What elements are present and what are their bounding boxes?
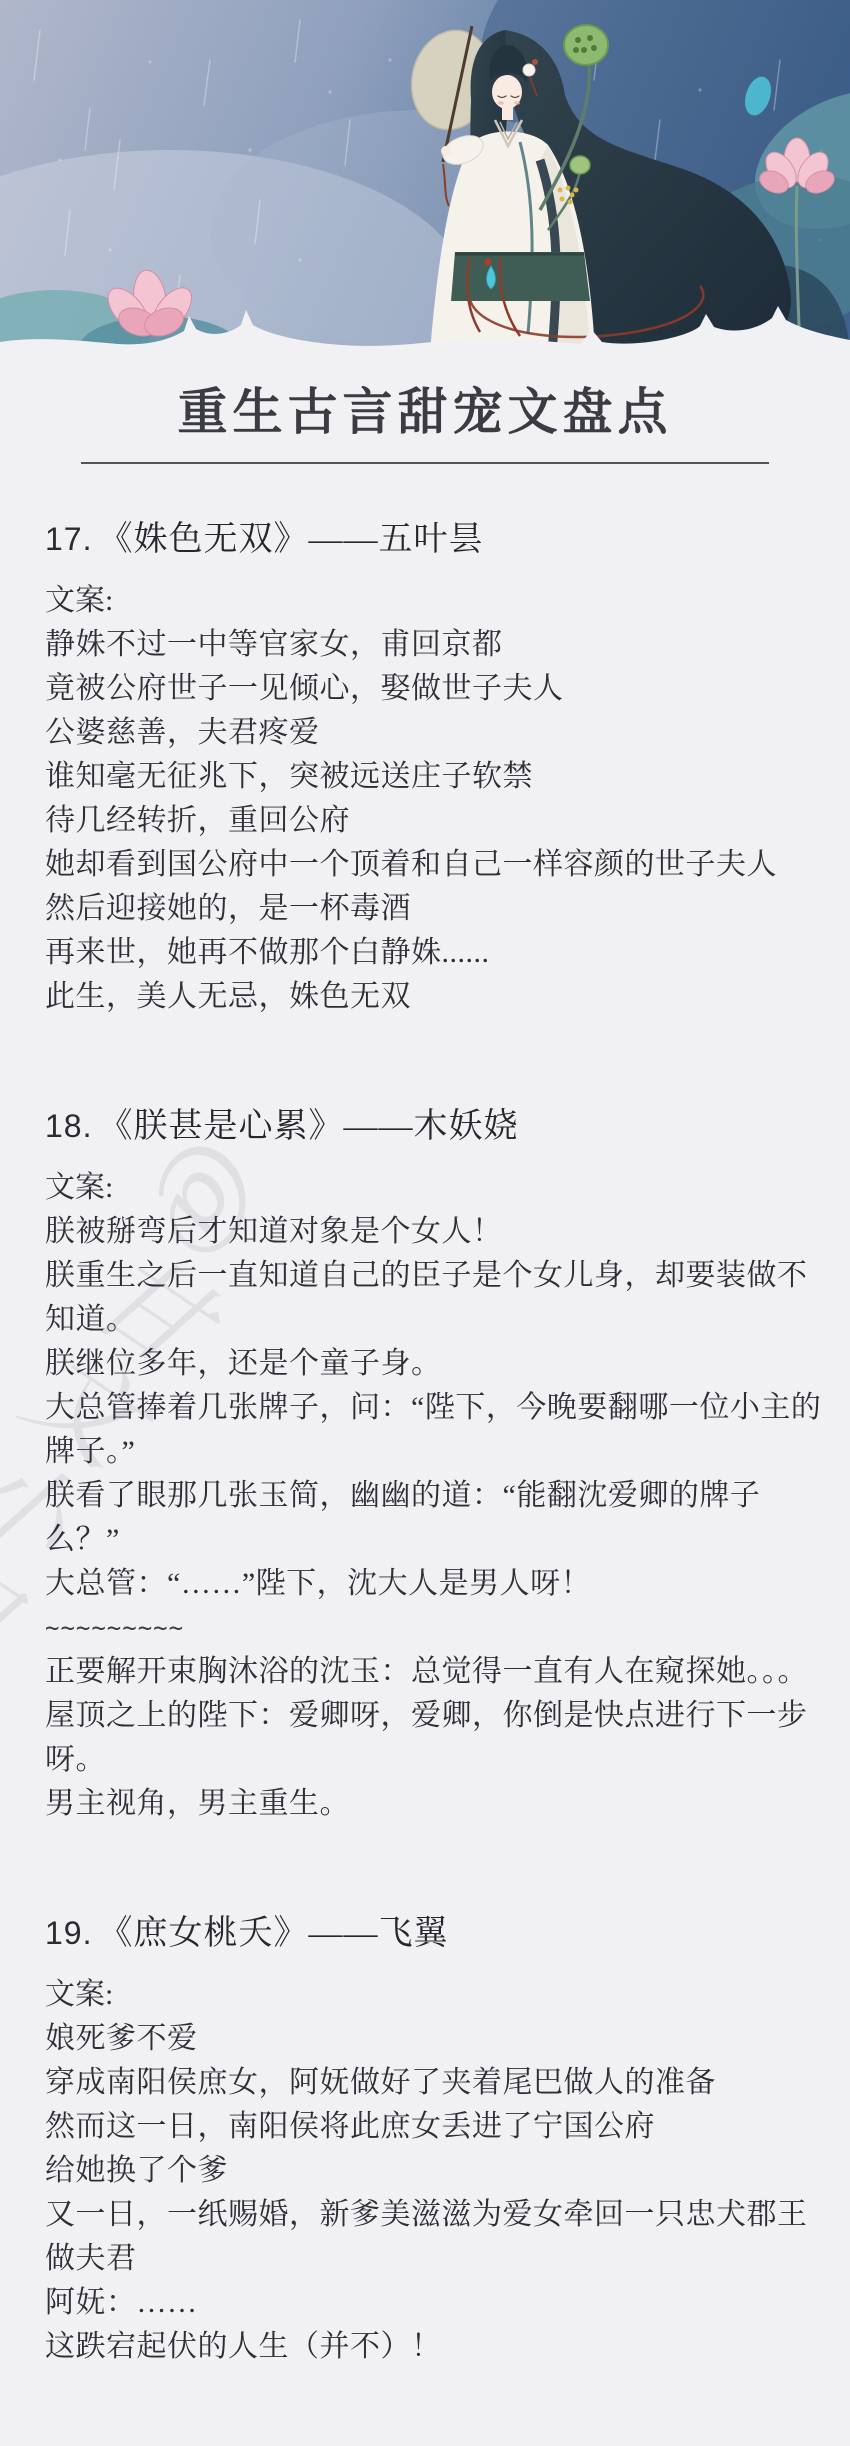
synopsis-line: 然而这一日，南阳侯将此庶女丢进了宁国公府 xyxy=(45,2105,826,2149)
hero-illustration xyxy=(0,0,850,352)
book-number: 19. xyxy=(45,1915,92,1951)
book-title-author: 《姝色无双》——五叶昙 xyxy=(98,521,483,558)
synopsis-line: 娘死爹不爱 xyxy=(45,2017,826,2061)
book-title-author: 《朕甚是心累》——木妖娆 xyxy=(98,1108,518,1145)
book-number: 17. xyxy=(45,521,92,557)
synopsis-line: 正要解开束胸沐浴的沈玉：总觉得一直有人在窥探她。。。 xyxy=(45,1650,826,1694)
book-section: 18.《朕甚是心累》——木妖娆 文案: 朕被掰弯后才知道对象是个女人！朕重生之后… xyxy=(45,1105,826,1826)
synopsis-line: 朕看了眼那几张玉简，幽幽的道：“能翻沈爱卿的牌子么？” xyxy=(45,1474,826,1562)
book-number: 18. xyxy=(45,1108,92,1144)
book-section: 17.《姝色无双》——五叶昙 文案: 静姝不过一中等官家女，甫回京都竟被公府世子… xyxy=(45,518,826,1019)
synopsis-label: 文案: xyxy=(45,579,826,623)
synopsis-line: 阿妩：…… xyxy=(45,2281,826,2325)
synopsis-line: 大总管捧着几张牌子，问：“陛下，今晚要翻哪一位小主的牌子。” xyxy=(45,1386,826,1474)
synopsis-label: 文案: xyxy=(45,1166,826,1210)
synopsis-body: 娘死爹不爱穿成南阳侯庶女，阿妩做好了夹着尾巴做人的准备然而这一日，南阳侯将此庶女… xyxy=(45,2017,826,2369)
synopsis-body: 朕被掰弯后才知道对象是个女人！朕重生之后一直知道自己的臣子是个女儿身，却要装做不… xyxy=(45,1210,826,1826)
synopsis-line: 然后迎接她的，是一杯毒酒 xyxy=(45,887,826,931)
book-heading: 17.《姝色无双》——五叶昙 xyxy=(45,518,826,561)
synopsis-line: 大总管：“……”陛下，沈大人是男人呀！ xyxy=(45,1562,826,1606)
synopsis-line: 朕重生之后一直知道自己的臣子是个女儿身，却要装做不知道。 xyxy=(45,1254,826,1342)
synopsis-line: 给她换了个爹 xyxy=(45,2149,826,2193)
page-title: 重生古言甜宠文盘点 xyxy=(0,384,850,440)
book-heading: 19.《庶女桃夭》——飞翼 xyxy=(45,1912,826,1955)
synopsis-line: 朕继位多年，还是个童子身。 xyxy=(45,1342,826,1386)
book-list: 17.《姝色无双》——五叶昙 文案: 静姝不过一中等官家女，甫回京都竟被公府世子… xyxy=(0,518,850,2369)
synopsis-body: 静姝不过一中等官家女，甫回京都竟被公府世子一见倾心，娶做世子夫人公婆慈善，夫君疼… xyxy=(45,623,826,1019)
squiggle-separator: ~~~~~~~~~ xyxy=(45,1606,826,1650)
synopsis-line: 静姝不过一中等官家女，甫回京都 xyxy=(45,623,826,667)
synopsis-line: 屋顶之上的陛下：爱卿呀，爱卿，你倒是快点进行下一步呀。 xyxy=(45,1694,826,1782)
synopsis-line: 竟被公府世子一见倾心，娶做世子夫人 xyxy=(45,667,826,711)
page-background: @甘文小姐姐 重生古言甜宠文盘点 17.《姝色无双》——五叶昙 文案: 静姝不过… xyxy=(0,0,850,2446)
book-heading: 18.《朕甚是心累》——木妖娆 xyxy=(45,1105,826,1148)
synopsis-line: 她却看到国公府中一个顶着和自己一样容颜的世子夫人 xyxy=(45,843,826,887)
synopsis-line: 此生，美人无忌，姝色无双 xyxy=(45,975,826,1019)
hand xyxy=(441,146,451,156)
synopsis-line: 男主视角，男主重生。 xyxy=(45,1782,826,1826)
synopsis-line: 这跌宕起伏的人生（并不）！ xyxy=(45,2325,826,2369)
synopsis-line: 穿成南阳侯庶女，阿妩做好了夹着尾巴做人的准备 xyxy=(45,2061,826,2105)
synopsis-label: 文案: xyxy=(45,1973,826,2017)
title-divider xyxy=(81,462,769,464)
synopsis-line: 公婆慈善，夫君疼爱 xyxy=(45,711,826,755)
book-title-author: 《庶女桃夭》——飞翼 xyxy=(98,1915,448,1952)
synopsis-line: 又一日，一纸赐婚，新爹美滋滋为爱女牵回一只忠犬郡王做夫君 xyxy=(45,2193,826,2281)
book-section: 19.《庶女桃夭》——飞翼 文案: 娘死爹不爱穿成南阳侯庶女，阿妩做好了夹着尾巴… xyxy=(45,1912,826,2369)
synopsis-line: 再来世，她再不做那个白静姝...... xyxy=(45,931,826,975)
synopsis-line: 朕被掰弯后才知道对象是个女人！ xyxy=(45,1210,826,1254)
synopsis-line: 待几经转折，重回公府 xyxy=(45,799,826,843)
synopsis-line: 谁知毫无征兆下，突被远送庄子软禁 xyxy=(45,755,826,799)
